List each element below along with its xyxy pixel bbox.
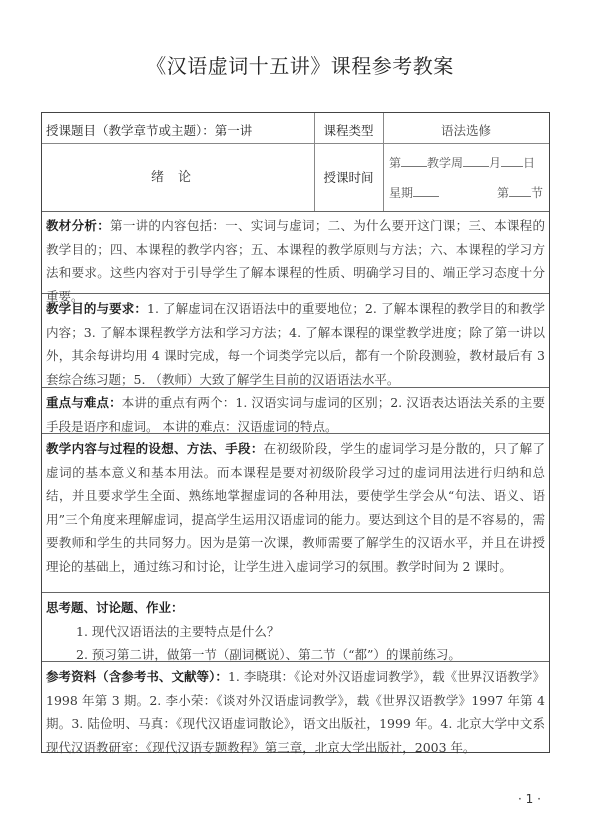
time-line-week: 第教学周月日 [389,154,535,171]
teaching-time-label: 授课时间 [314,144,383,211]
lesson-plan-table: 授课题目（教学章节或主题）：第一讲 绪论 课程类型 语法选修 授课时间 第教学周… [41,112,550,753]
time-line-weekday: 星期 第节 [389,184,543,201]
day-blank [501,155,523,167]
section-di-label: 第 [497,186,509,200]
section-homework: 思考题、讨论题、作业： 1. 现代汉语语法的主要特点是什么？ 2. 预习第二讲，… [42,593,549,662]
teaching-time-value: 第教学周月日 星期 第节 [383,144,549,211]
section-label: 教材分析： [46,218,110,233]
section-label: 思考题、讨论题、作业： [46,600,184,615]
lesson-header-block: 授课题目（教学章节或主题）：第一讲 绪论 课程类型 语法选修 授课时间 第教学周… [42,113,549,212]
week-number-blank [401,155,427,167]
section-text: 第一讲的内容包括：一、实词与虚词；二、为什么要开这门课；三、本课程的教学目的；四… [46,218,545,304]
time-di-label: 第 [389,156,401,170]
page-number: · 1 · [518,792,541,806]
section-text: 本讲的重点有两个：1. 汉语实词与虚词的区别；2. 汉语表达语法关系的主要手段是… [46,395,545,434]
page-title: 《汉语虚词十五讲》课程参考教案 [0,50,600,79]
day-label: 日 [523,156,535,170]
section-references: 参考资料（含参考书、文献等）：1. 李晓琪：《论对外汉语虚词教学》，载《世界汉语… [42,662,549,754]
weekday-blank [413,185,439,197]
section-label: 重点与难点： [46,395,122,410]
section-label: 教学内容与过程的设想、方法、手段： [46,441,264,456]
course-type-label: 课程类型 [314,113,383,144]
weekday-label: 星期 [389,186,413,200]
month-blank [463,155,489,167]
section-text: 在初级阶段，学生的虚词学习是分散的，只了解了虚词的基本意义和基本用法。而本课程是… [46,441,545,574]
section-key-points: 重点与难点：本讲的重点有两个：1. 汉语实词与虚词的区别；2. 汉语表达语法关系… [42,388,549,434]
topic-label: 授课题目（教学章节或主题）：第一讲 [42,113,314,144]
topic-value: 绪论 [42,144,314,211]
teaching-week-label: 教学周 [427,156,463,170]
section-field: 第节 [497,184,543,201]
homework-item: 1. 现代汉语语法的主要特点是什么？ [46,620,545,644]
course-type-value: 语法选修 [383,113,549,144]
section-label: 教学目的与要求： [46,301,147,316]
month-label: 月 [489,156,501,170]
section-label: 节 [531,186,543,200]
section-textbook-analysis: 教材分析：第一讲的内容包括：一、实词与虚词；二、为什么要开这门课；三、本课程的教… [42,211,549,294]
section-label: 参考资料（含参考书、文献等）： [46,669,228,684]
section-blank [509,185,531,197]
section-goals-requirements: 教学目的与要求：1. 了解虚词在汉语语法中的重要地位；2. 了解本课程的教学目的… [42,294,549,388]
section-teaching-process: 教学内容与过程的设想、方法、手段：在初级阶段，学生的虚词学习是分散的，只了解了虚… [42,434,549,593]
